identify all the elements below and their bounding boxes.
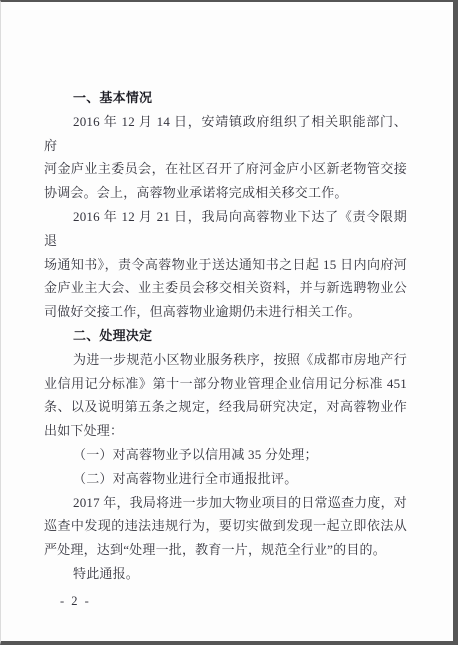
document-body: 一、基本情况 2016 年 12 月 14 日，安靖镇政府组织了相关职能部门、府… <box>44 86 407 586</box>
doc-line: 巡查中发现的违法违规行为，要切实做到发现一起立即依法从 <box>44 514 407 538</box>
doc-line: 司做好交接工作，但高蓉物业逾期仍未进行相关工作。 <box>44 300 407 324</box>
doc-line: 河金庐业主委员会，在社区召开了府河金庐小区新老物管交接 <box>44 157 407 181</box>
doc-line: 金庐业主大会、业主委员会移交相关资料，并与新选聘物业公 <box>44 276 407 300</box>
doc-line: 条、以及说明第五条之规定，经我局研究决定，对高蓉物业作 <box>44 395 407 419</box>
doc-line: 2016 年 12 月 14 日，安靖镇政府组织了相关职能部门、府 <box>44 110 407 158</box>
doc-line: 严处理，达到“处理一批，教育一片，规范全行业”的目的。 <box>44 538 407 562</box>
doc-line: 出如下处理： <box>44 419 407 443</box>
doc-line: 2016 年 12 月 21 日，我局向高蓉物业下达了《责令限期退 <box>44 205 407 253</box>
doc-line: 场通知书》，责令高蓉物业于送达通知书之日起 15 日内向府河 <box>44 253 407 277</box>
doc-line: 业信用记分标准》第十一部分物业管理企业信用记分标准 451 <box>44 372 407 396</box>
doc-line-item-2: （二）对高蓉物业进行全市通报批评。 <box>44 467 407 491</box>
doc-line: 协调会。会上，高蓉物业承诺将完成相关移交工作。 <box>44 181 407 205</box>
doc-line-closing: 特此通报。 <box>44 562 407 586</box>
doc-line: 为进一步规范小区物业服务秩序，按照《成都市房地产行 <box>44 348 407 372</box>
section-heading-decision: 二、处理决定 <box>44 324 407 348</box>
section-heading-basic-info: 一、基本情况 <box>44 86 407 110</box>
doc-line: 2017 年，我局将进一步加大物业项目的日常巡查力度，对 <box>44 491 407 515</box>
document-page: 一、基本情况 2016 年 12 月 14 日，安靖镇政府组织了相关职能部门、府… <box>0 0 458 645</box>
page-number: - 2 - <box>60 594 91 609</box>
doc-line-item-1: （一）对高蓉物业予以信用减 35 分处理； <box>44 443 407 467</box>
